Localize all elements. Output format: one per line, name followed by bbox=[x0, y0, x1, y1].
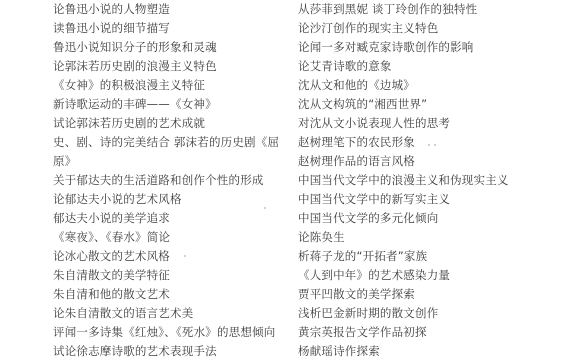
topic-item: 评闻一多诗集《红烛》、《死水》的思想倾向 bbox=[53, 323, 276, 342]
topic-item: 论陈奂生 bbox=[298, 228, 345, 247]
topic-item: 杨献瑶诗作探索 bbox=[298, 342, 380, 360]
topic-item: 论朱自清散文的语言艺术美 bbox=[53, 304, 193, 323]
topic-item: 朱自清散文的美学特征 bbox=[53, 266, 170, 285]
topic-item: 论冰心散文的艺术风格 bbox=[53, 247, 170, 266]
topic-item: 原》 bbox=[53, 152, 76, 171]
topic-item: 郁达夫小说的美学追求 bbox=[53, 209, 170, 228]
topic-item: 关于郁达夫的生活道路和创作个性的形成 bbox=[53, 171, 264, 190]
topic-item: 论鲁迅小说的人物塑造 bbox=[53, 0, 170, 19]
topic-item: 黄宗英报告文学作品初探 bbox=[298, 323, 427, 342]
topic-item: 试论郭沫若历史剧的艺术成就 bbox=[53, 114, 205, 133]
topic-item: 《女神》的积极浪漫主义特征 bbox=[53, 76, 205, 95]
scan-artifact bbox=[428, 144, 430, 146]
topic-item: 朱自清和他的散文艺术 bbox=[53, 285, 170, 304]
topic-item: 鲁迅小说知识分子的形象和灵魂 bbox=[53, 38, 217, 57]
topic-item: 论闻一多对臧克家诗歌创作的影响 bbox=[298, 38, 474, 57]
topic-item: 中国当代文学中的新写实主义 bbox=[298, 190, 450, 209]
topic-item: 中国当代文学的多元化倾向 bbox=[298, 209, 438, 228]
topic-item: 读鲁迅小说的细节描写 bbox=[53, 19, 170, 38]
topic-item: 贾平凹散文的美学探索 bbox=[298, 285, 415, 304]
topic-item: 试论徐志摩诗歌的艺术表现手法 bbox=[53, 342, 217, 360]
topic-item: 新诗歌运动的丰碑——《女神》 bbox=[53, 95, 217, 114]
scan-artifact bbox=[184, 255, 186, 257]
topic-item: 浅析巴金新时期的散文创作 bbox=[298, 304, 438, 323]
scan-artifact bbox=[434, 144, 436, 146]
topic-item: 赵树理作品的语言风格 bbox=[298, 152, 415, 171]
topic-item: 从莎菲到黑妮 谈丁玲创作的独特性 bbox=[298, 0, 477, 19]
topic-item: 史、剧、诗的完美结合 郭沫若的历史剧《屈 bbox=[53, 133, 279, 152]
topic-item: 析蒋子龙的“开拓者”家族 bbox=[298, 247, 427, 266]
scan-artifact bbox=[264, 207, 266, 209]
topic-item: 中国当代文学中的浪漫主义和伪现实主义 bbox=[298, 171, 509, 190]
topic-item: 《寒夜》、《春水》简论 bbox=[53, 228, 170, 247]
topic-item: 赵树理笔下的农民形象 bbox=[298, 133, 415, 152]
topic-item: 沈从文构筑的“湘西世界” bbox=[298, 95, 427, 114]
topic-item: 论郁达夫小说的艺术风格 bbox=[53, 190, 182, 209]
topic-item: 论艾青诗歌的意象 bbox=[298, 57, 392, 76]
document-page: 论鲁迅小说的人物塑造 读鲁迅小说的细节描写 鲁迅小说知识分子的形象和灵魂 论郭沫… bbox=[0, 0, 576, 360]
topic-item: 论沙汀创作的现实主义特色 bbox=[298, 19, 438, 38]
topic-item: 对沈从文小说表现人性的思考 bbox=[298, 114, 450, 133]
topic-item: 论郭沫若历史剧的浪漫主义特色 bbox=[53, 57, 217, 76]
topic-item: 沈从文和他的《边城》 bbox=[298, 76, 415, 95]
topic-item: 《人到中年》的艺术感染力量 bbox=[298, 266, 450, 285]
